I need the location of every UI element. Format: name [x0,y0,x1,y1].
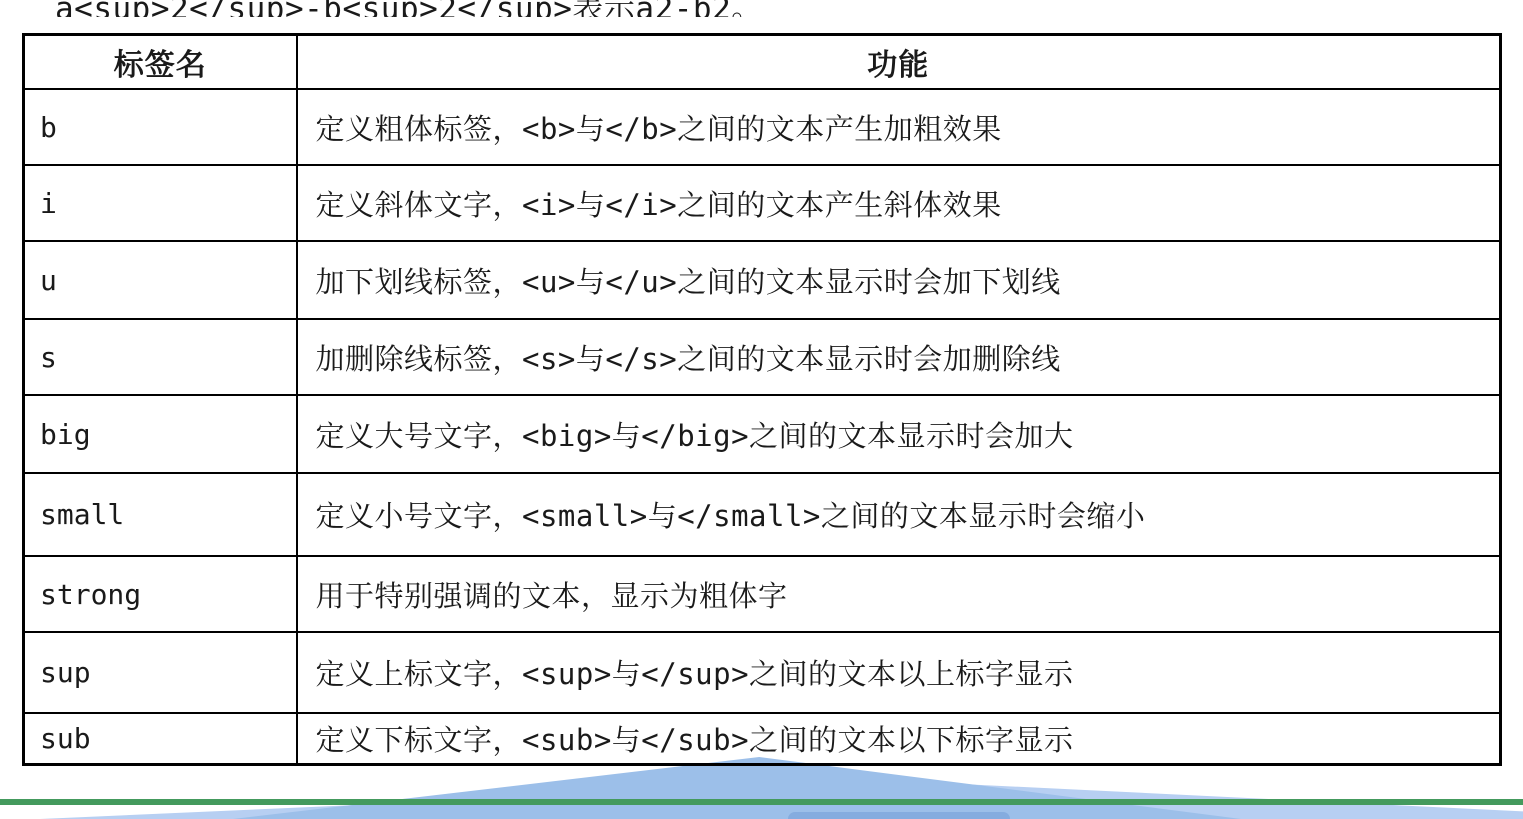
table-cell-desc: 定义粗体标签，<b>与</b>之间的文本产生加粗效果 [297,89,1501,165]
table-row: small 定义小号文字，<small>与</small>之间的文本显示时会缩小 [24,473,1501,556]
table-body: b 定义粗体标签，<b>与</b>之间的文本产生加粗效果 i 定义斜体文字，<i… [24,89,1501,764]
header-tag-name: 标签名 [24,35,297,90]
table-row: strong 用于特别强调的文本，显示为粗体字 [24,556,1501,632]
table-header-row: 标签名 功能 [24,35,1501,90]
table-row: s 加删除线标签，<s>与</s>之间的文本显示时会加删除线 [24,319,1501,395]
green-divider-line [0,799,1523,805]
document-page: a<sup>2</sup>-b<sup>2</sup>表示a2-b2。 标签名 … [0,0,1523,819]
table-cell-tag: big [24,395,297,473]
table-row: big 定义大号文字，<big>与</big>之间的文本显示时会加大 [24,395,1501,473]
table-cell-tag: i [24,165,297,241]
background-triangle-main [233,757,1241,819]
clipped-paragraph-line: a<sup>2</sup>-b<sup>2</sup>表示a2-b2。 [0,0,1523,17]
table-cell-tag: sub [24,713,297,764]
table-cell-tag: s [24,319,297,395]
table-row: b 定义粗体标签，<b>与</b>之间的文本产生加粗效果 [24,89,1501,165]
table-cell-desc: 定义上标文字，<sup>与</sup>之间的文本以上标字显示 [297,632,1501,713]
table-row: sub 定义下标文字，<sub>与</sub>之间的文本以下标字显示 [24,713,1501,764]
table-cell-desc: 定义大号文字，<big>与</big>之间的文本显示时会加大 [297,395,1501,473]
clipped-paragraph-text: a<sup>2</sup>-b<sup>2</sup>表示a2-b2。 [55,0,1523,17]
table-cell-tag: u [24,241,297,319]
table-row: i 定义斜体文字，<i>与</i>之间的文本产生斜体效果 [24,165,1501,241]
table-cell-tag: sup [24,632,297,713]
table-cell-desc: 定义小号文字，<small>与</small>之间的文本显示时会缩小 [297,473,1501,556]
background-blob-shape [1093,810,1155,819]
table-row: u 加下划线标签，<u>与</u>之间的文本显示时会加下划线 [24,241,1501,319]
table-row: sup 定义上标文字，<sup>与</sup>之间的文本以上标字显示 [24,632,1501,713]
table-cell-desc: 定义斜体文字，<i>与</i>之间的文本产生斜体效果 [297,165,1501,241]
table-cell-tag: b [24,89,297,165]
table-cell-desc: 加删除线标签，<s>与</s>之间的文本显示时会加删除线 [297,319,1501,395]
html-tags-table: 标签名 功能 b 定义粗体标签，<b>与</b>之间的文本产生加粗效果 i 定义… [22,33,1502,766]
table-cell-tag: strong [24,556,297,632]
background-pill-shape [788,812,1010,819]
header-function: 功能 [297,35,1501,90]
table-cell-desc: 加下划线标签，<u>与</u>之间的文本显示时会加下划线 [297,241,1501,319]
table-cell-desc: 定义下标文字，<sub>与</sub>之间的文本以下标字显示 [297,713,1501,764]
table-cell-desc: 用于特别强调的文本，显示为粗体字 [297,556,1501,632]
table-cell-tag: small [24,473,297,556]
